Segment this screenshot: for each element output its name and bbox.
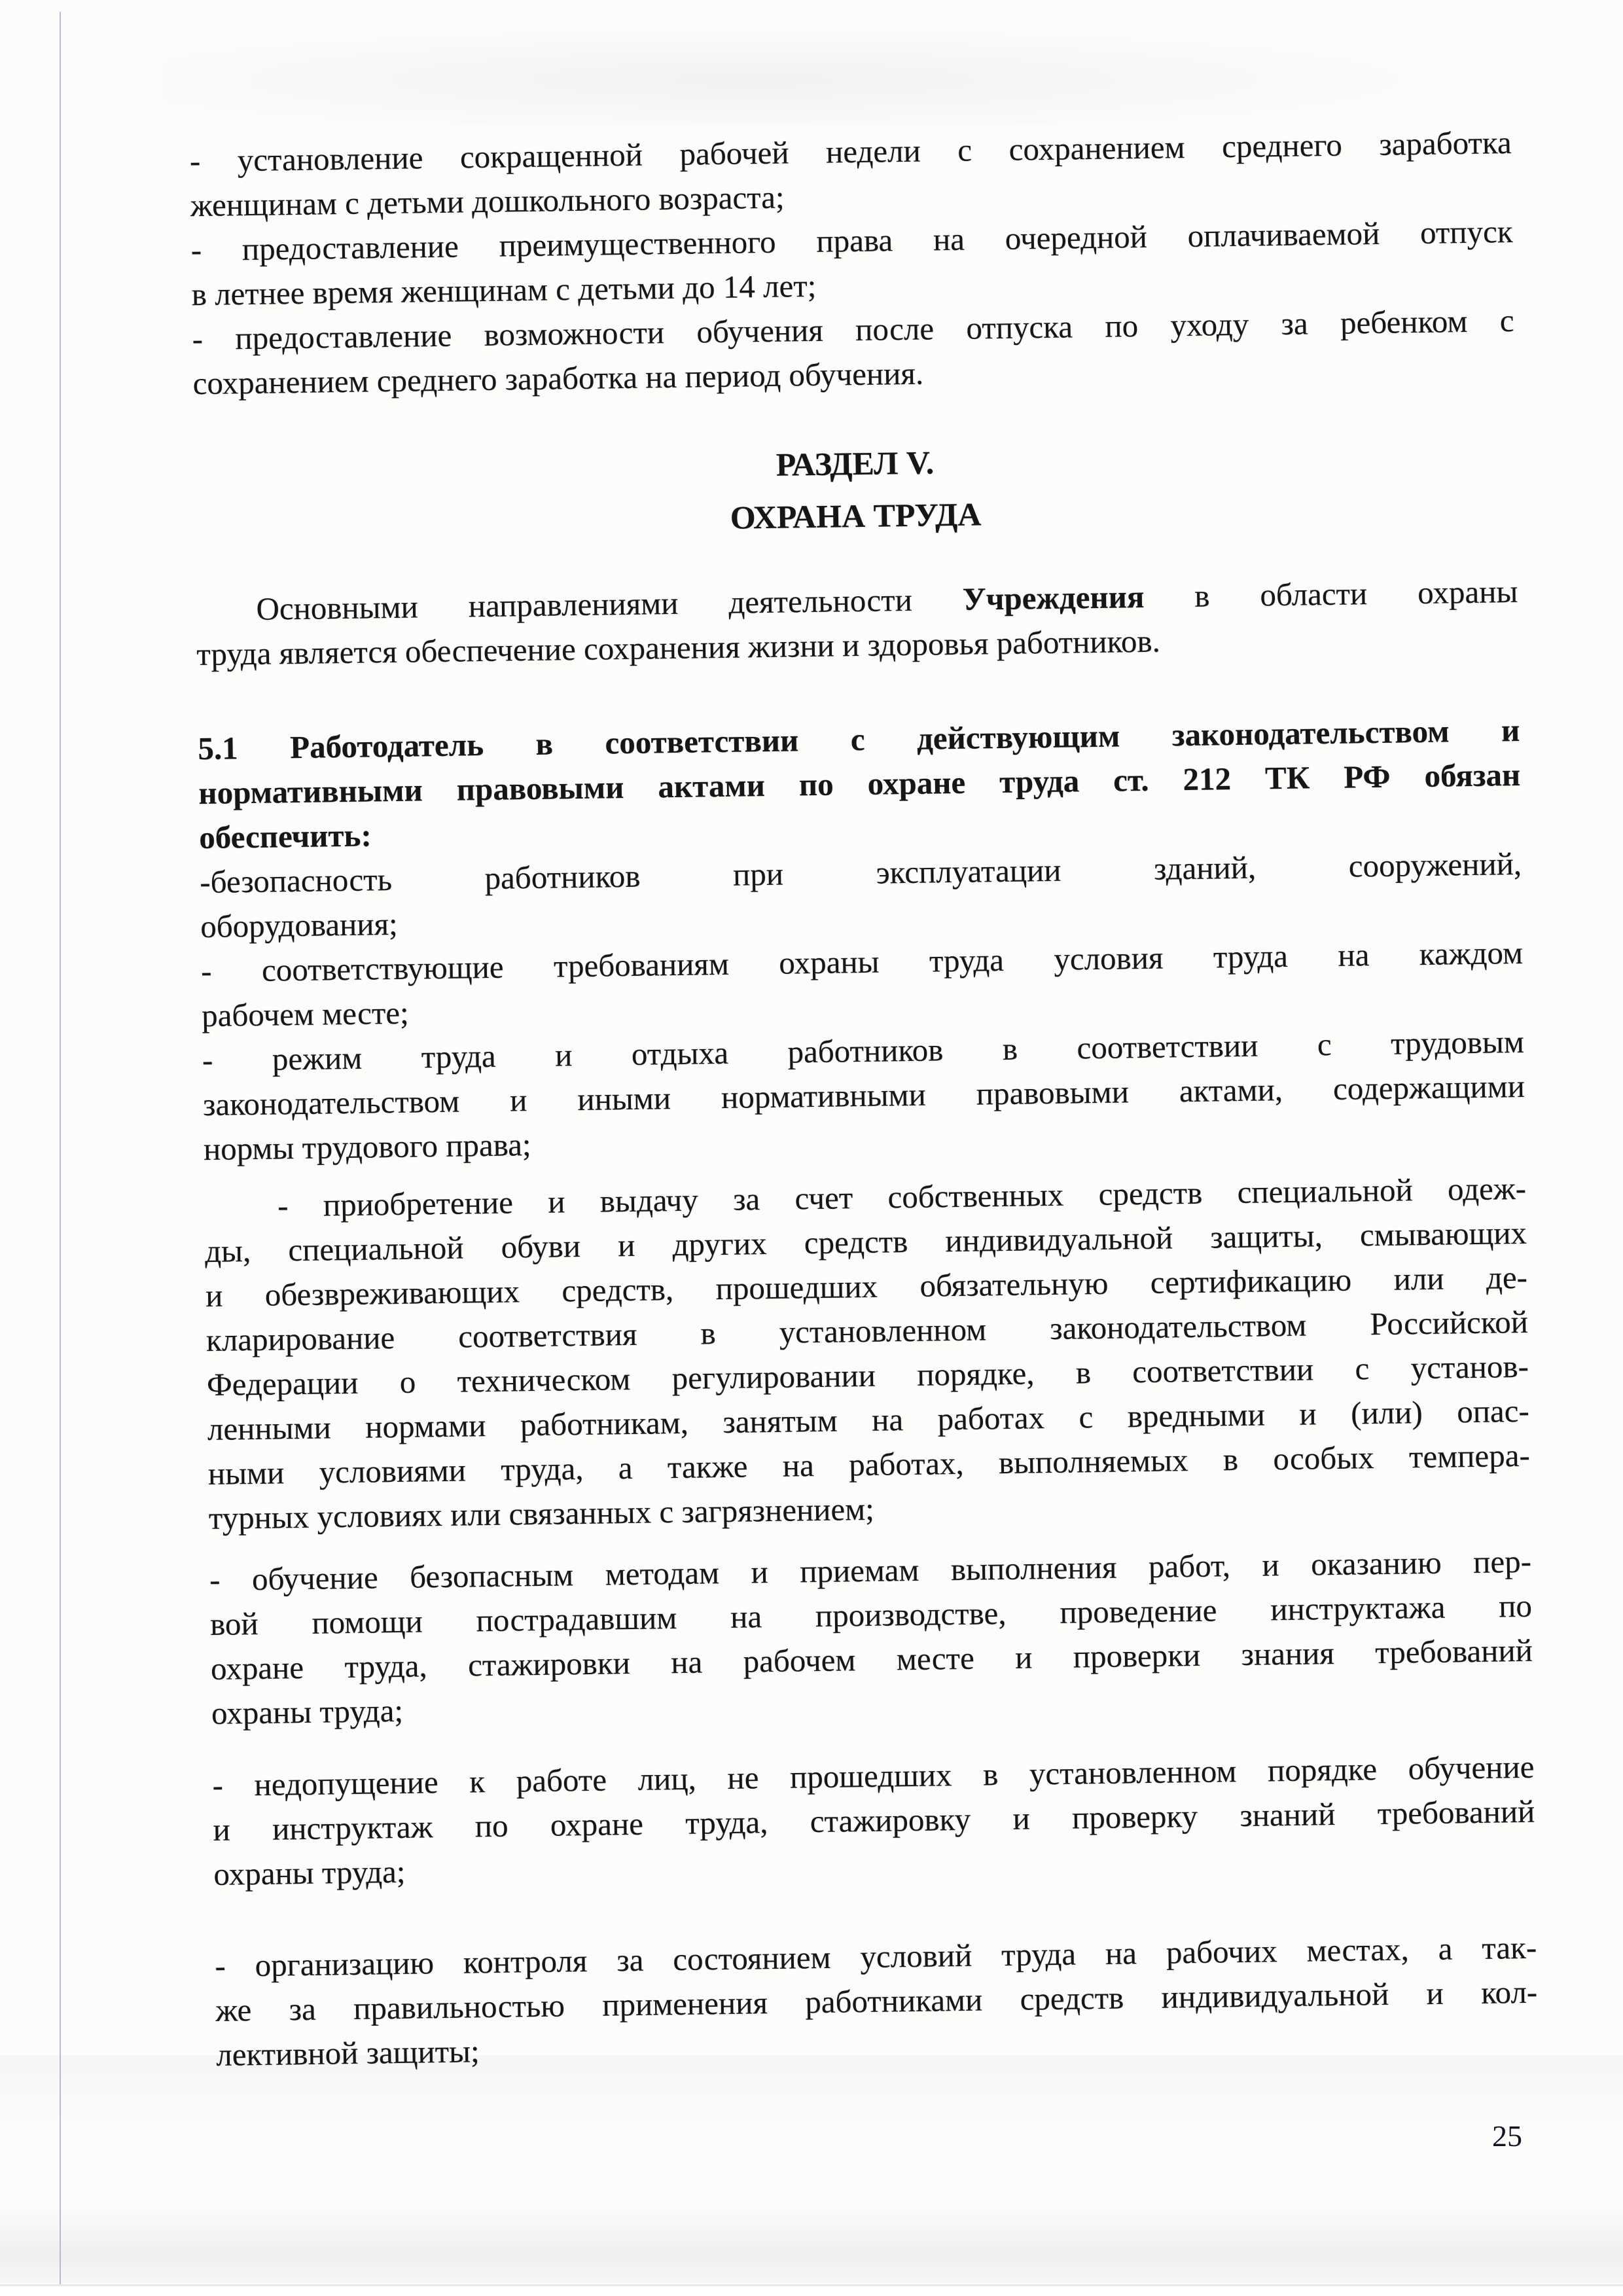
section-heading: РАЗДЕЛ V.ОХРАНА ТРУДА (194, 428, 1517, 551)
bullet-study-after-leave: - предоставление возможности обучения по… (192, 298, 1515, 406)
scan-edge-line (60, 12, 61, 2284)
bullet-no-admission: - недопущение к работе лиц, не прошедших… (212, 1745, 1536, 1897)
scanned-document-page: { "style": { "ink": "#161616", "paper": … (0, 0, 1623, 2296)
scan-bottom-edge (0, 2284, 1623, 2286)
clause-5-1: 5.1 Работодатель в соответствии с действ… (198, 708, 1522, 860)
bullet-conditions-control: - организацию контроля за состоянием усл… (215, 1926, 1539, 2077)
page-number: 25 (1492, 2119, 1522, 2153)
intro-paragraph: Основными направлениями деятельности Учр… (196, 569, 1519, 677)
bullet-safe-methods-training: - обучение безопасным методам и приемам … (209, 1539, 1534, 1736)
bullet-ppe: - приобретение и выдачу за счет собствен… (204, 1166, 1531, 1541)
bullet-work-rest: - режим труда и отдыха работников в соот… (202, 1020, 1526, 1172)
text-content: - установление сокращенной рабочей недел… (189, 120, 1538, 2077)
